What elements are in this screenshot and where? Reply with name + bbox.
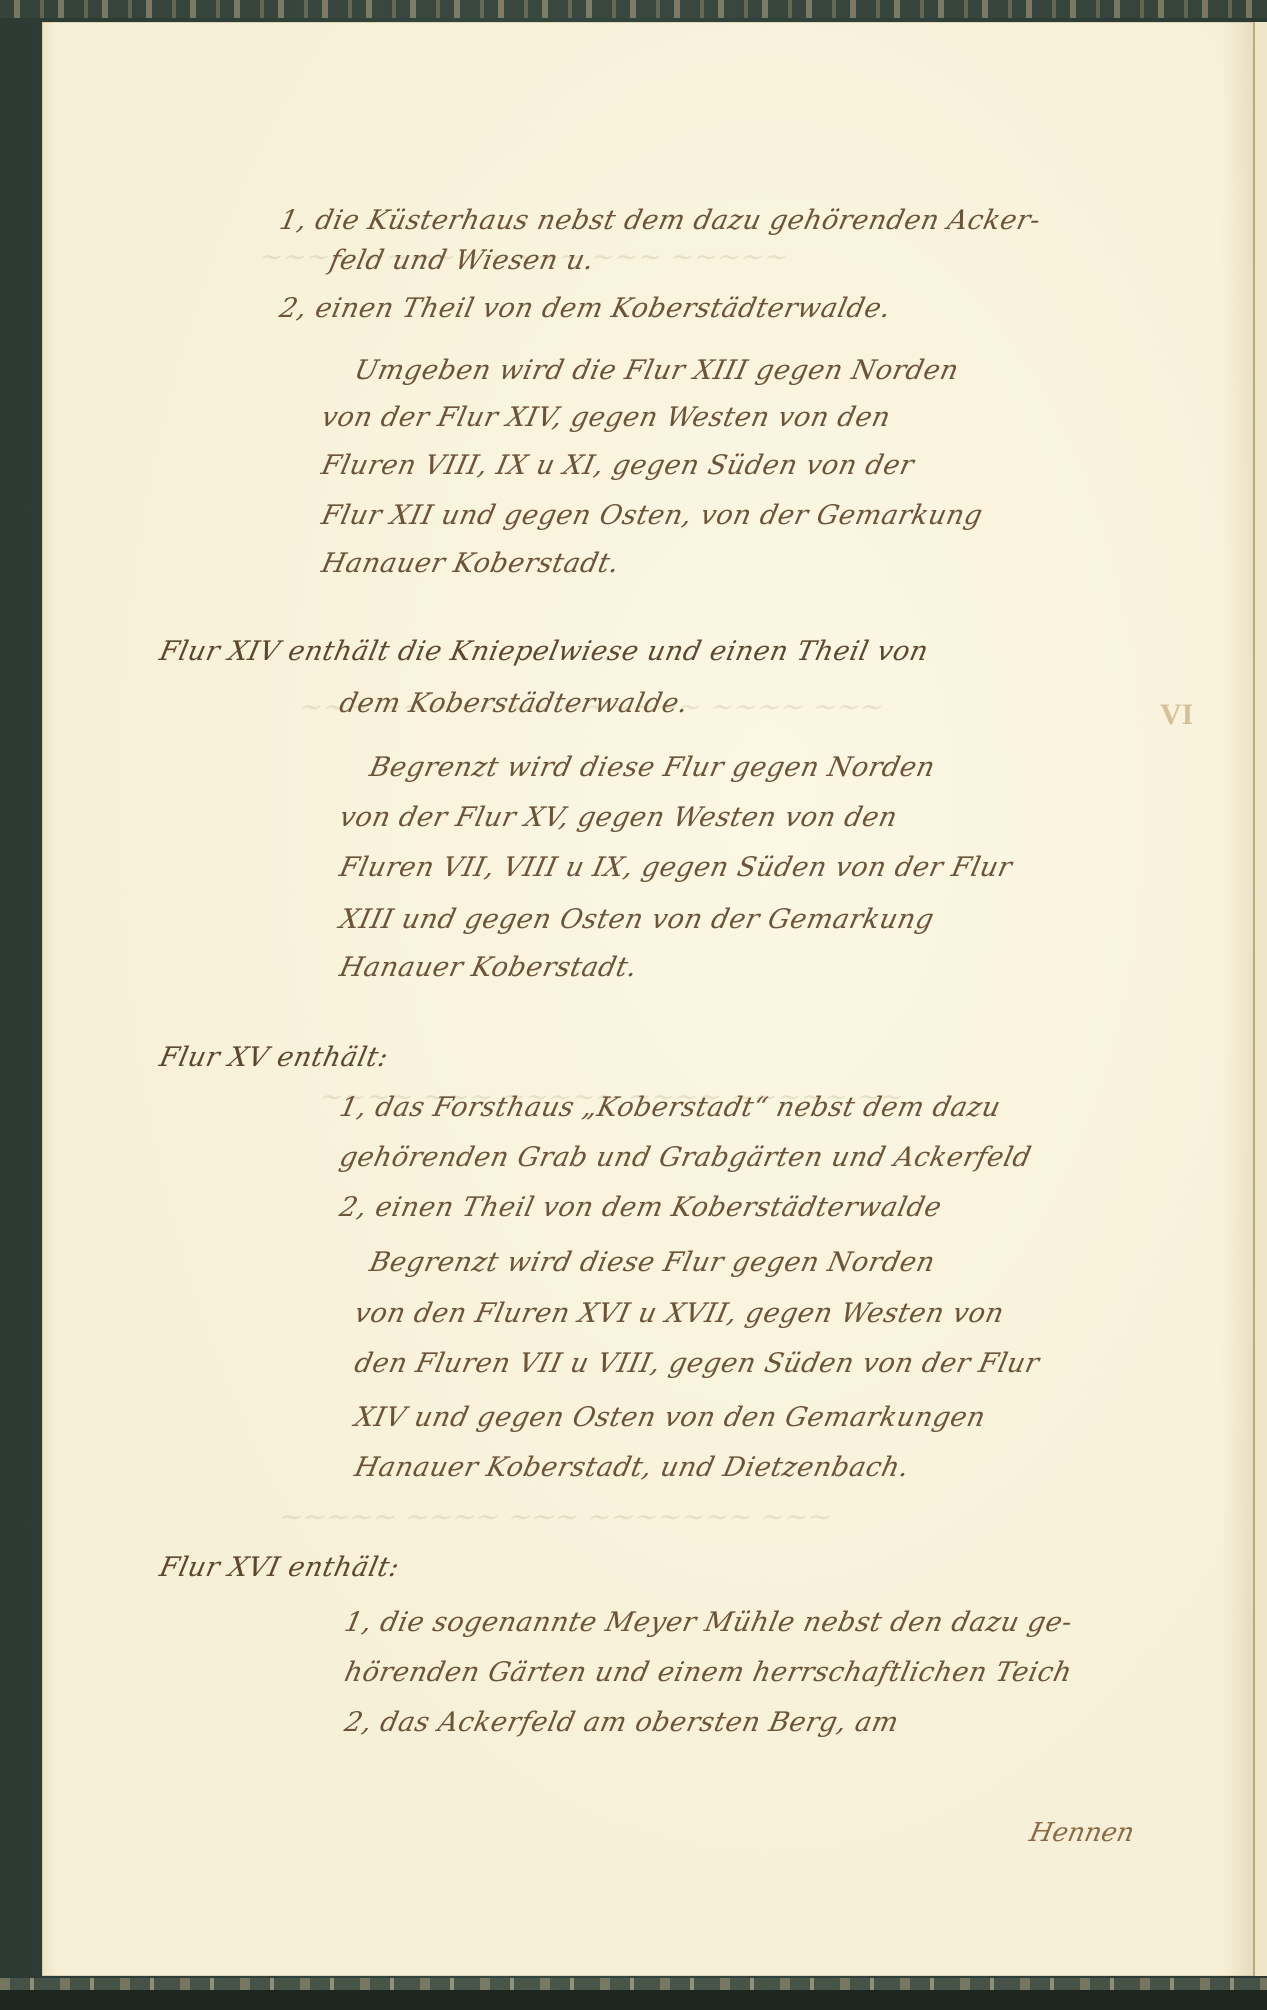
boundary-line: Hanauer Koberstadt. xyxy=(337,952,640,983)
boundary-line: von der Flur XIV, gegen Westen von den xyxy=(319,402,894,433)
list-item: 1, die sogenannte Meyer Mühle nebst den … xyxy=(342,1607,1076,1638)
list-item: 2, das Ackerfeld am obersten Berg, am xyxy=(342,1707,902,1738)
boundary-line: Hanauer Koberstadt, und Dietzenbach. xyxy=(352,1452,912,1483)
list-item: 2, einen Theil von dem Koberstädterwalde… xyxy=(277,293,894,324)
list-item: 1, die Küsterhaus nebst dem dazu gehören… xyxy=(277,205,1044,236)
page-gutter-edge xyxy=(1253,22,1267,1976)
boundary-line: XIII und gegen Osten von der Gemarkung xyxy=(337,904,937,935)
boundary-line: den Fluren VII u VIII, gegen Süden von d… xyxy=(352,1348,1042,1379)
boundary-line: Hanauer Koberstadt. xyxy=(319,548,622,579)
boundary-line: XIV und gegen Osten von den Gemarkungen xyxy=(352,1402,989,1433)
boundary-line: Flur XII und gegen Osten, von der Gemark… xyxy=(319,500,986,531)
bleed-through-text: ~~~~~ ~~~~ ~~~ ~~~~~~~ ~~~ xyxy=(275,1500,837,1533)
list-item: 2, einen Theil von dem Koberstädterwalde xyxy=(337,1192,945,1223)
boundary-line: Fluren VII, VIII u IX, gegen Süden von d… xyxy=(337,852,1015,883)
boundary-line: Fluren VIII, IX u XI, gegen Süden von de… xyxy=(319,450,917,481)
cover-bottom-edge xyxy=(0,1990,1267,2010)
section-heading-flur-xiv: Flur XIV enthält die Kniepelwiese und ei… xyxy=(157,636,932,667)
cover-wear-top xyxy=(0,0,1267,18)
section-heading-flur-xvi: Flur XVI enthält: xyxy=(157,1552,403,1583)
list-item-continuation: hörenden Gärten und einem herrschaftlich… xyxy=(342,1657,1075,1688)
catchword: Hennen xyxy=(1027,1818,1137,1848)
boundary-line: Umgeben wird die Flur XIII gegen Norden xyxy=(352,355,962,386)
boundary-line: Begrenzt wird diese Flur gegen Norden xyxy=(367,1247,938,1278)
boundary-line: Begrenzt wird diese Flur gegen Norden xyxy=(367,752,938,783)
marginal-mark: VI xyxy=(1160,698,1193,732)
boundary-line: von der Flur XV, gegen Westen von den xyxy=(337,802,901,833)
section-intro-continuation: dem Koberstädterwalde. xyxy=(337,688,691,719)
section-heading-flur-xv: Flur XV enthält: xyxy=(157,1042,391,1073)
boundary-line: von den Fluren XVI u XVII, gegen Westen … xyxy=(352,1298,1007,1329)
list-item-continuation: feld und Wiesen u. xyxy=(327,245,597,276)
list-item: 1, das Forsthaus „Koberstadt“ nebst dem … xyxy=(337,1092,1004,1123)
list-item-continuation: gehörenden Grab und Grabgärten und Acker… xyxy=(337,1142,1034,1173)
